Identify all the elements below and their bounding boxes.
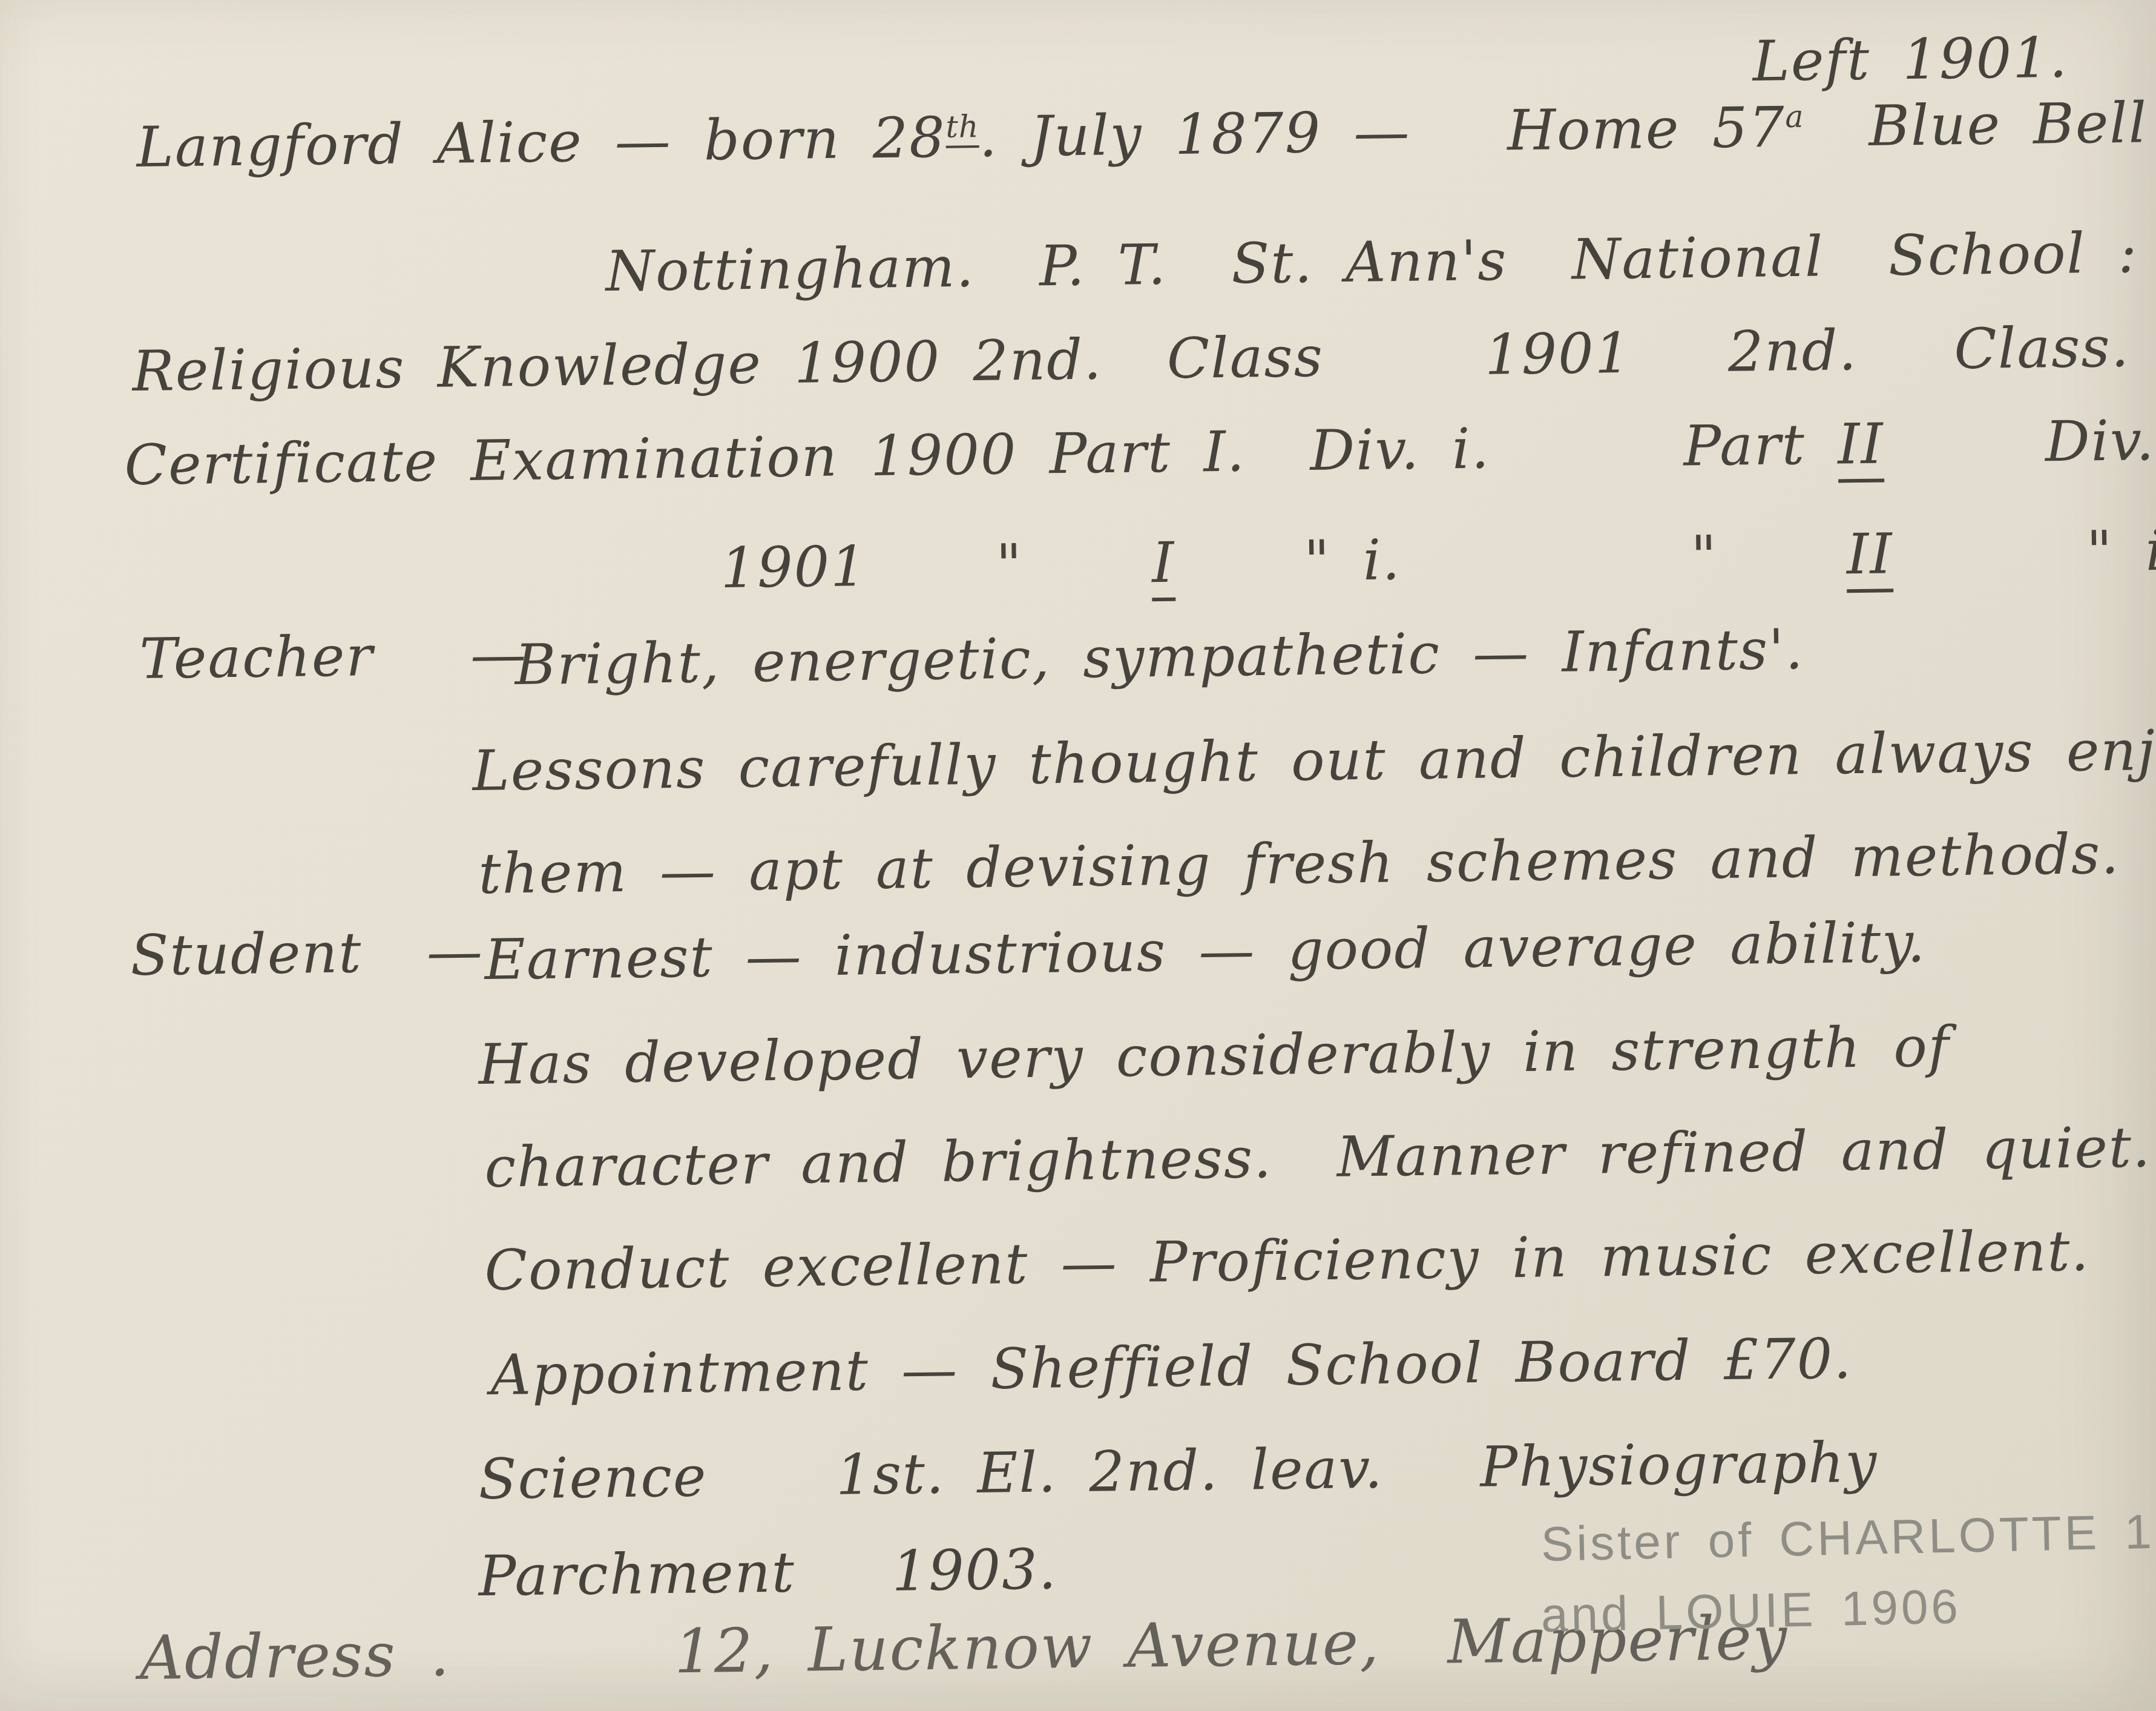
- student-label: Student —: [130, 919, 484, 988]
- line-developed-strength: Has developed very considerably in stren…: [478, 1014, 1950, 1097]
- certificate1901-part3: " ii .: [1893, 517, 2156, 586]
- line-name-birth-home: Langford Alice — born 28th. July 1879 — …: [136, 88, 2156, 180]
- certificate1901-part1: 1901 ": [720, 530, 1152, 601]
- line-school: Nottingham. P. T. St. Ann's National Sch…: [605, 215, 2156, 304]
- note-left-year: Left 1901.: [1752, 25, 2068, 94]
- teacher-label: Teacher —: [139, 622, 528, 691]
- name-birth-part3: Blue Bell Hill,: [1804, 88, 2156, 159]
- certificate-part2: Div. ii .: [1884, 407, 2156, 476]
- superscript-a: a: [1785, 99, 1804, 134]
- line-parchment: Parchment 1903.: [478, 1537, 1058, 1609]
- line-religious-knowledge: Religious Knowledge 1900 2nd. Class 1901…: [132, 315, 2130, 404]
- name-birth-part2: . July 1879 — Home 57: [979, 95, 1786, 170]
- record-page: Left 1901. Langford Alice — born 28th. J…: [0, 0, 2156, 1711]
- pencil-note-sister-line2: and LOUIE 1906: [1540, 1578, 1962, 1643]
- certificate-part1: Certificate Examination 1900 Part I. Div…: [124, 412, 1838, 498]
- line-character-manner: character and brightness. Manner refined…: [484, 1115, 2152, 1200]
- line-appointment: Appointment — Sheffield School Board £70…: [490, 1327, 1853, 1408]
- certificate1901-part2: " i. ": [1175, 522, 1847, 595]
- pencil-note-sister-line1: Sister of CHARLOTTE 1905: [1540, 1502, 2156, 1572]
- line-science: Science 1st. El. 2nd. leav. Physiography: [478, 1430, 1878, 1512]
- line-certificate-1901: 1901 " I " i. " II " ii .: [720, 517, 2156, 601]
- name-birth-part1: Langford Alice — born 28: [136, 105, 946, 180]
- superscript-th: th: [945, 108, 979, 148]
- line-lessons: Lessons carefully thought out and childr…: [472, 717, 2156, 803]
- roman-numeral-ii: II: [1846, 521, 1893, 593]
- address-label: Address .: [139, 1619, 451, 1693]
- line-schemes-methods: them — apt at devising fresh schemes and…: [478, 822, 2120, 906]
- student-assessment: Earnest — industrious — good average abi…: [484, 910, 1927, 992]
- line-conduct-proficiency: Conduct excellent — Proficiency in music…: [484, 1219, 2090, 1303]
- line-certificate-1900: Certificate Examination 1900 Part I. Div…: [124, 407, 2156, 498]
- roman-numeral-ii: II: [1837, 411, 1884, 483]
- teacher-assessment: Bright, energetic, sympathetic — Infants…: [514, 617, 1804, 697]
- roman-numeral-i: I: [1151, 530, 1175, 601]
